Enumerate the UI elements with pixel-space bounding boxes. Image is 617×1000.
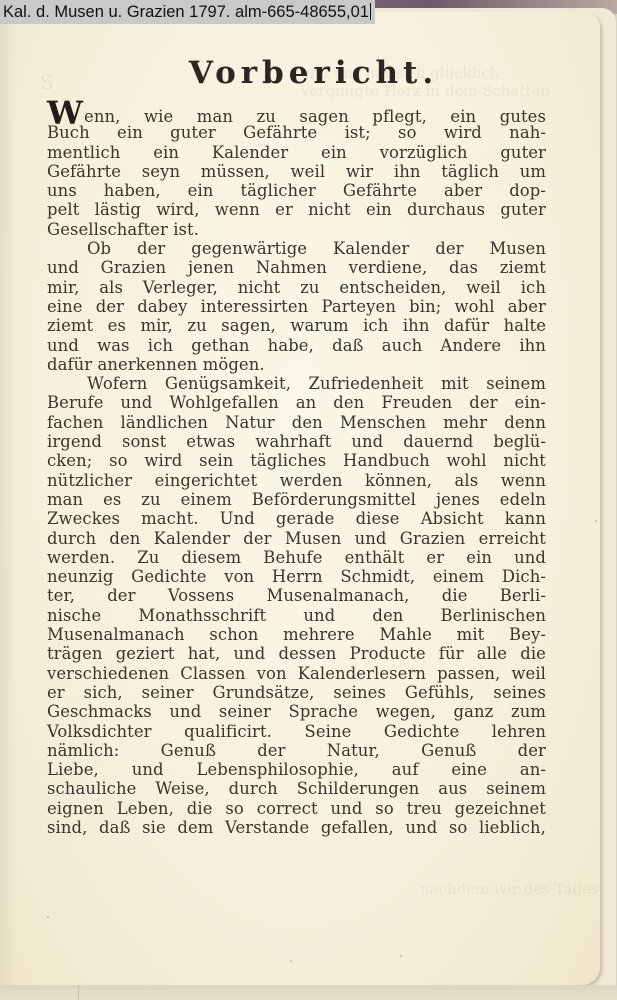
text-line: irgend sonst etwas wahrhaft und dauernd … — [47, 432, 546, 451]
text-line: nische Monathsschrift und den Berlinisch… — [47, 606, 546, 625]
paper-speck — [290, 960, 292, 962]
text-line: Zweckes macht. Und gerade diese Absicht … — [47, 509, 546, 528]
paragraph-1: Wenn, wie man zu sagen pflegt, ein gutes… — [47, 104, 546, 239]
text-line: Buch ein guter Gefährte ist; so wird nah… — [47, 123, 546, 142]
text-line: nämlich: Genuß der Natur, Genuß der — [47, 741, 546, 760]
text-line: Gefährte seyn müssen, weil wir ihn tägli… — [47, 162, 546, 181]
paragraph-2: Ob der gegenwärtige Kalender der Musen u… — [47, 239, 546, 374]
text-line: eignen Leben, die so correct und so treu… — [47, 799, 546, 818]
text-line: trägen geziert hat, und dessen Producte … — [47, 644, 546, 663]
text-line: Musenalmanach schon mehrere Mahle mit Be… — [47, 625, 546, 644]
text-line: Geschmacks und seiner Sprache wegen, gan… — [47, 702, 546, 721]
text-line: cken; so wird sein tägliches Handbuch wo… — [47, 451, 546, 470]
page-gutter-shadow — [0, 12, 16, 985]
paper-speck — [47, 916, 49, 918]
paper-speck — [400, 955, 402, 957]
text-line: neunzig Gedichte von Herrn Schmidt, eine… — [47, 567, 546, 586]
text-line: dafür anerkennen mögen. — [47, 355, 546, 374]
text-line: mir, als Verleger, nicht zu entscheiden,… — [47, 278, 546, 297]
text-line: pelt lästig wird, wenn er nicht ein durc… — [47, 200, 546, 219]
text-line: Wenn, wie man zu sagen pflegt, ein gutes — [47, 104, 546, 123]
text-line: Wofern Genügsamkeit, Zufriedenheit mit s… — [47, 374, 546, 393]
caption-text: Kal. d. Musen u. Grazien 1797. alm-665-4… — [3, 3, 369, 21]
lower-page-edge — [0, 985, 617, 1000]
page-crease — [78, 985, 79, 1000]
text-line: nützlicher eingerichtet werden können, a… — [47, 471, 546, 490]
image-caption-label: Kal. d. Musen u. Grazien 1797. alm-665-4… — [0, 0, 375, 24]
text-line: Volksdichter qualificirt. Seine Gedichte… — [47, 722, 546, 741]
text-line: und Grazien jenen Nahmen verdiene, das z… — [47, 258, 546, 277]
text-line: mentlich ein Kalender ein vorzüglich gut… — [47, 143, 546, 162]
text-line: eine der dabey interessirten Parteyen bi… — [47, 297, 546, 316]
text-line: Liebe, und Lebensphilosophie, auf eine a… — [47, 760, 546, 779]
text-line: Berufe und Wohlgefallen an den Freuden d… — [47, 393, 546, 412]
text-line: fachen ländlichen Natur den Menschen meh… — [47, 413, 546, 432]
text-line: ter, der Vossens Musenalmanach, die Berl… — [47, 586, 546, 605]
text-line: schauliche Weise, durch Schilderungen au… — [47, 779, 546, 798]
page-title: Vorbericht. — [0, 55, 617, 91]
text-line: Ob der gegenwärtige Kalender der Musen — [47, 239, 546, 258]
text-line: ziemt es mir, zu sagen, warum ich ihn da… — [47, 316, 546, 335]
text-line: uns haben, ein täglicher Gefährte aber d… — [47, 181, 546, 200]
text-line: er sich, seiner Grundsätze, seines Gefüh… — [47, 683, 546, 702]
text-line: sind, daß sie dem Verstande gefallen, un… — [47, 818, 546, 837]
paper-speck — [595, 520, 597, 522]
body-text: Wenn, wie man zu sagen pflegt, ein gutes… — [47, 104, 546, 837]
text-line: man es zu einem Beförderungsmittel jenes… — [47, 490, 546, 509]
paragraph-3: Wofern Genügsamkeit, Zufriedenheit mit s… — [47, 374, 546, 837]
text-line: verschiedenen Classen von Kalenderlesern… — [47, 664, 546, 683]
text-line: werden. Zu diesem Behufe enthält er ein … — [47, 548, 546, 567]
text-line: und was ich gethan habe, daß auch Andere… — [47, 336, 546, 355]
text-cursor — [370, 3, 371, 20]
text-line: Gesellschafter ist. — [47, 220, 546, 239]
text-line: durch den Kalender der Musen und Grazien… — [47, 529, 546, 548]
